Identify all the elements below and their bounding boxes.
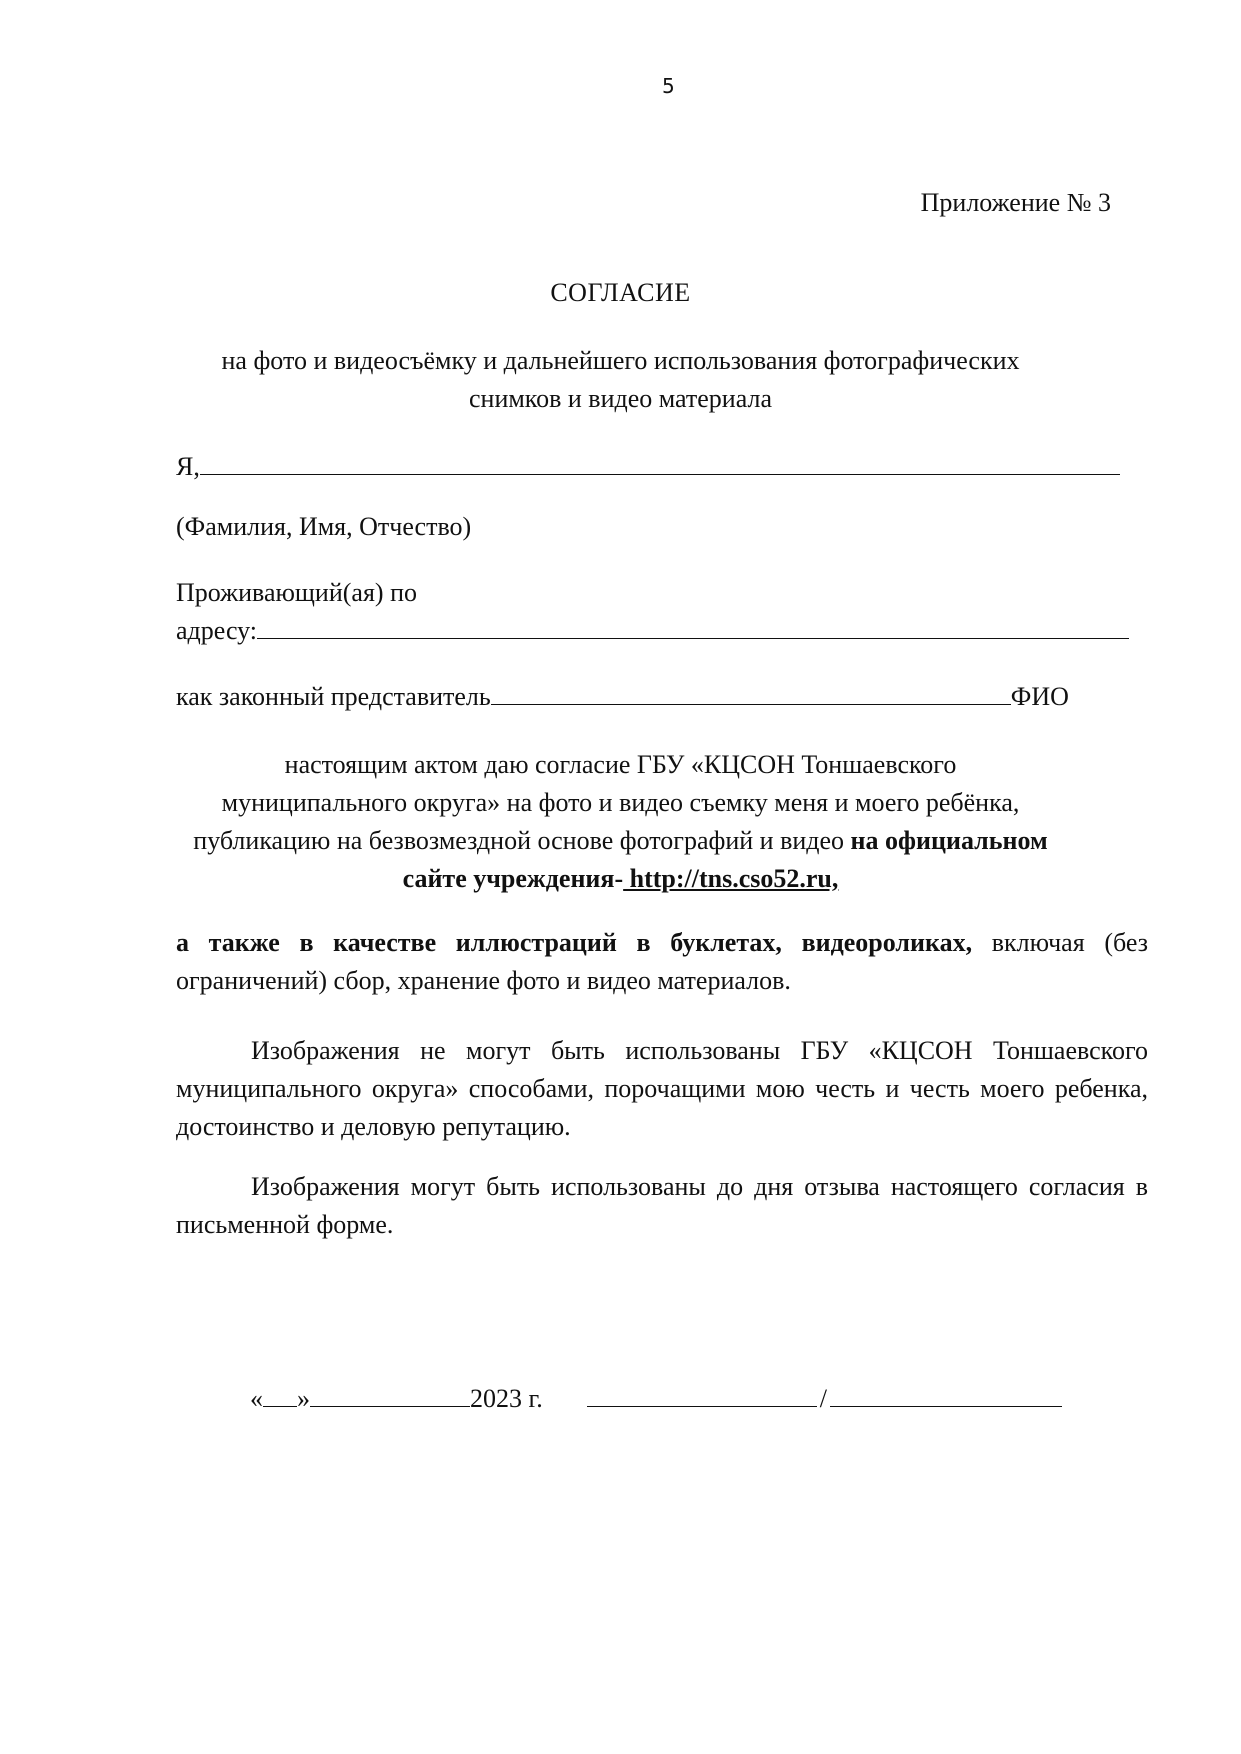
date-signature-row: «»2023 г./	[250, 1384, 1062, 1414]
consent-line-3-text: публикацию на безвозмездной основе фотог…	[193, 826, 850, 855]
paragraph-images-until: Изображения могут быть использованы до д…	[176, 1168, 1148, 1244]
date-year: 2023 г.	[470, 1384, 543, 1413]
signature-name-blank[interactable]	[830, 1386, 1062, 1407]
consent-line-3-bold: на официальном	[851, 826, 1048, 855]
date-close-quote: »	[297, 1384, 310, 1413]
consent-line-4: сайте учреждения- http://tns.cso52.ru,	[0, 864, 1241, 894]
fio-caption: (Фамилия, Имя, Отчество)	[176, 512, 471, 542]
signature-separator: /	[820, 1384, 827, 1413]
consent-line-3: публикацию на безвозмездной основе фотог…	[0, 826, 1241, 856]
signature-blank[interactable]	[587, 1386, 817, 1407]
fio-suffix: ФИО	[1011, 682, 1069, 711]
consent-line-2: муниципального округа» на фото и видео с…	[0, 788, 1241, 818]
site-label: сайте учреждения-	[403, 864, 624, 893]
representative-row: как законный представительФИО	[176, 682, 1069, 712]
document-title: СОГЛАСИЕ	[0, 278, 1241, 308]
page-number: 5	[662, 74, 675, 98]
subtitle-line-1: на фото и видеосъёмку и дальнейшего испо…	[0, 346, 1241, 376]
site-url-link[interactable]: http://tns.cso52.ru,	[623, 864, 838, 893]
residing-label: Проживающий(ая) по	[176, 578, 417, 608]
address-label: адресу:	[176, 616, 257, 645]
illustrations-paragraph: а также в качестве иллюстраций в буклета…	[176, 924, 1148, 1000]
consent-line-1: настоящим актом даю согласие ГБУ «КЦСОН …	[0, 750, 1241, 780]
address-field-row: адресу:	[176, 616, 1129, 646]
date-open-quote: «	[250, 1384, 263, 1413]
address-blank-line[interactable]	[257, 618, 1129, 639]
appendix-label: Приложение № 3	[921, 188, 1111, 218]
name-field-label: Я,	[176, 452, 200, 481]
representative-blank-line[interactable]	[491, 684, 1011, 705]
name-blank-line[interactable]	[200, 454, 1120, 475]
month-blank[interactable]	[310, 1386, 470, 1407]
day-blank[interactable]	[263, 1386, 297, 1407]
name-field-row: Я,	[176, 452, 1120, 482]
subtitle-line-2: снимков и видео материала	[0, 384, 1241, 414]
illustrations-bold: а также в качестве иллюстраций в буклета…	[176, 928, 972, 957]
paragraph-images-restricted: Изображения не могут быть использованы Г…	[176, 1032, 1148, 1146]
representative-label: как законный представитель	[176, 682, 491, 711]
